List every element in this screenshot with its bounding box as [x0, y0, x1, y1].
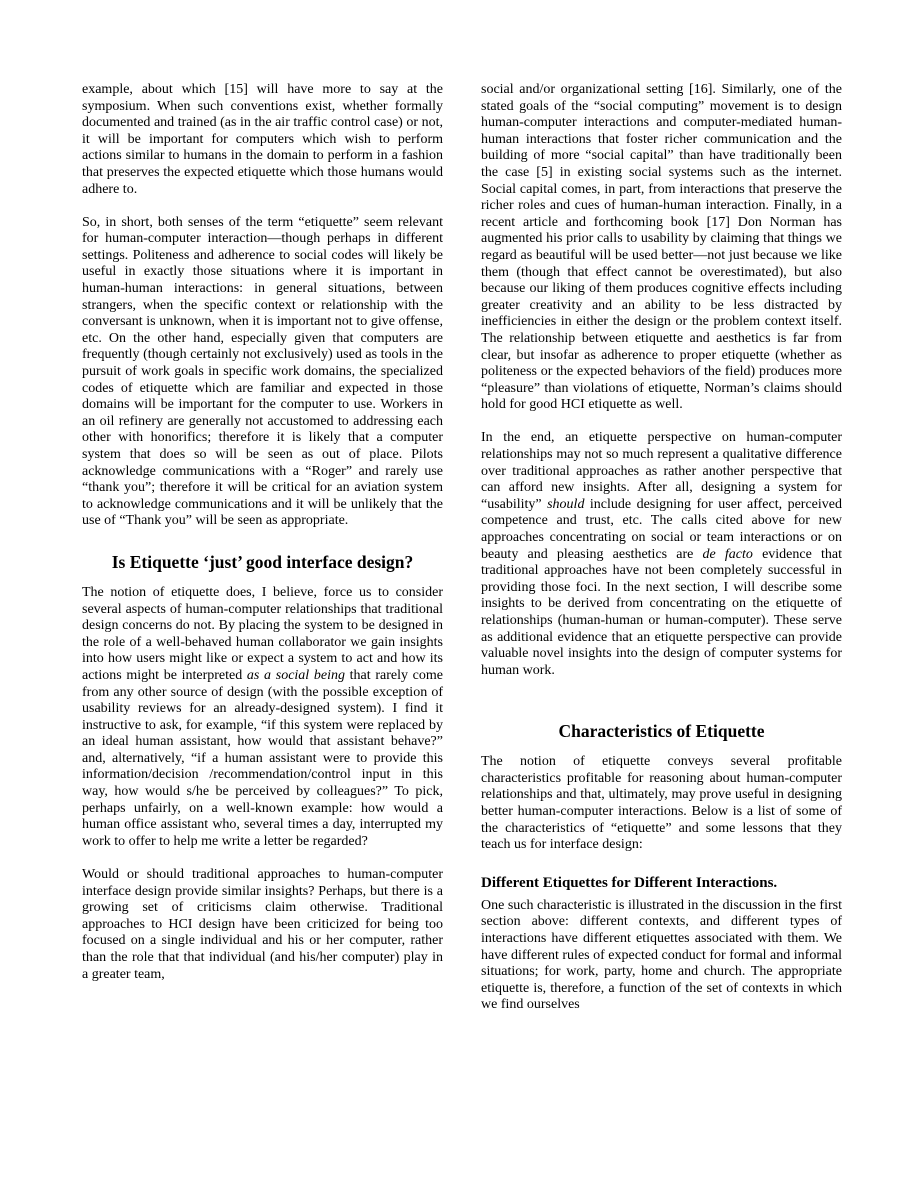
paper-page: example, about which [15] will have more…: [0, 0, 920, 1191]
section-heading-characteristics: Characteristics of Etiquette: [481, 721, 842, 742]
text-run: evidence that traditional approaches hav…: [481, 547, 842, 678]
section-heading-interface-design: Is Etiquette ‘just’ good interface desig…: [82, 552, 443, 573]
left-column: example, about which [15] will have more…: [82, 82, 443, 1031]
paragraph: Would or should traditional approaches t…: [82, 867, 443, 983]
paragraph: So, in short, both senses of the term “e…: [82, 215, 443, 530]
paragraph: The notion of etiquette does, I believe,…: [82, 585, 443, 851]
paragraph: One such characteristic is illustrated i…: [481, 898, 842, 1014]
two-column-layout: example, about which [15] will have more…: [82, 82, 841, 1031]
subsection-heading-different-etiquettes: Different Etiquettes for Different Inter…: [481, 874, 842, 892]
text-run-italic: de facto: [703, 547, 753, 562]
text-run-italic: as a social being: [247, 668, 345, 683]
text-run-italic: should: [547, 497, 584, 512]
text-run: that rarely come from any other source o…: [82, 668, 443, 849]
paragraph-continuation: social and/or organizational setting [16…: [481, 82, 842, 414]
paragraph: In the end, an etiquette perspective on …: [481, 430, 842, 679]
right-column: social and/or organizational setting [16…: [481, 82, 842, 1031]
paragraph: The notion of etiquette conveys several …: [481, 754, 842, 854]
paragraph-continuation: example, about which [15] will have more…: [82, 82, 443, 198]
